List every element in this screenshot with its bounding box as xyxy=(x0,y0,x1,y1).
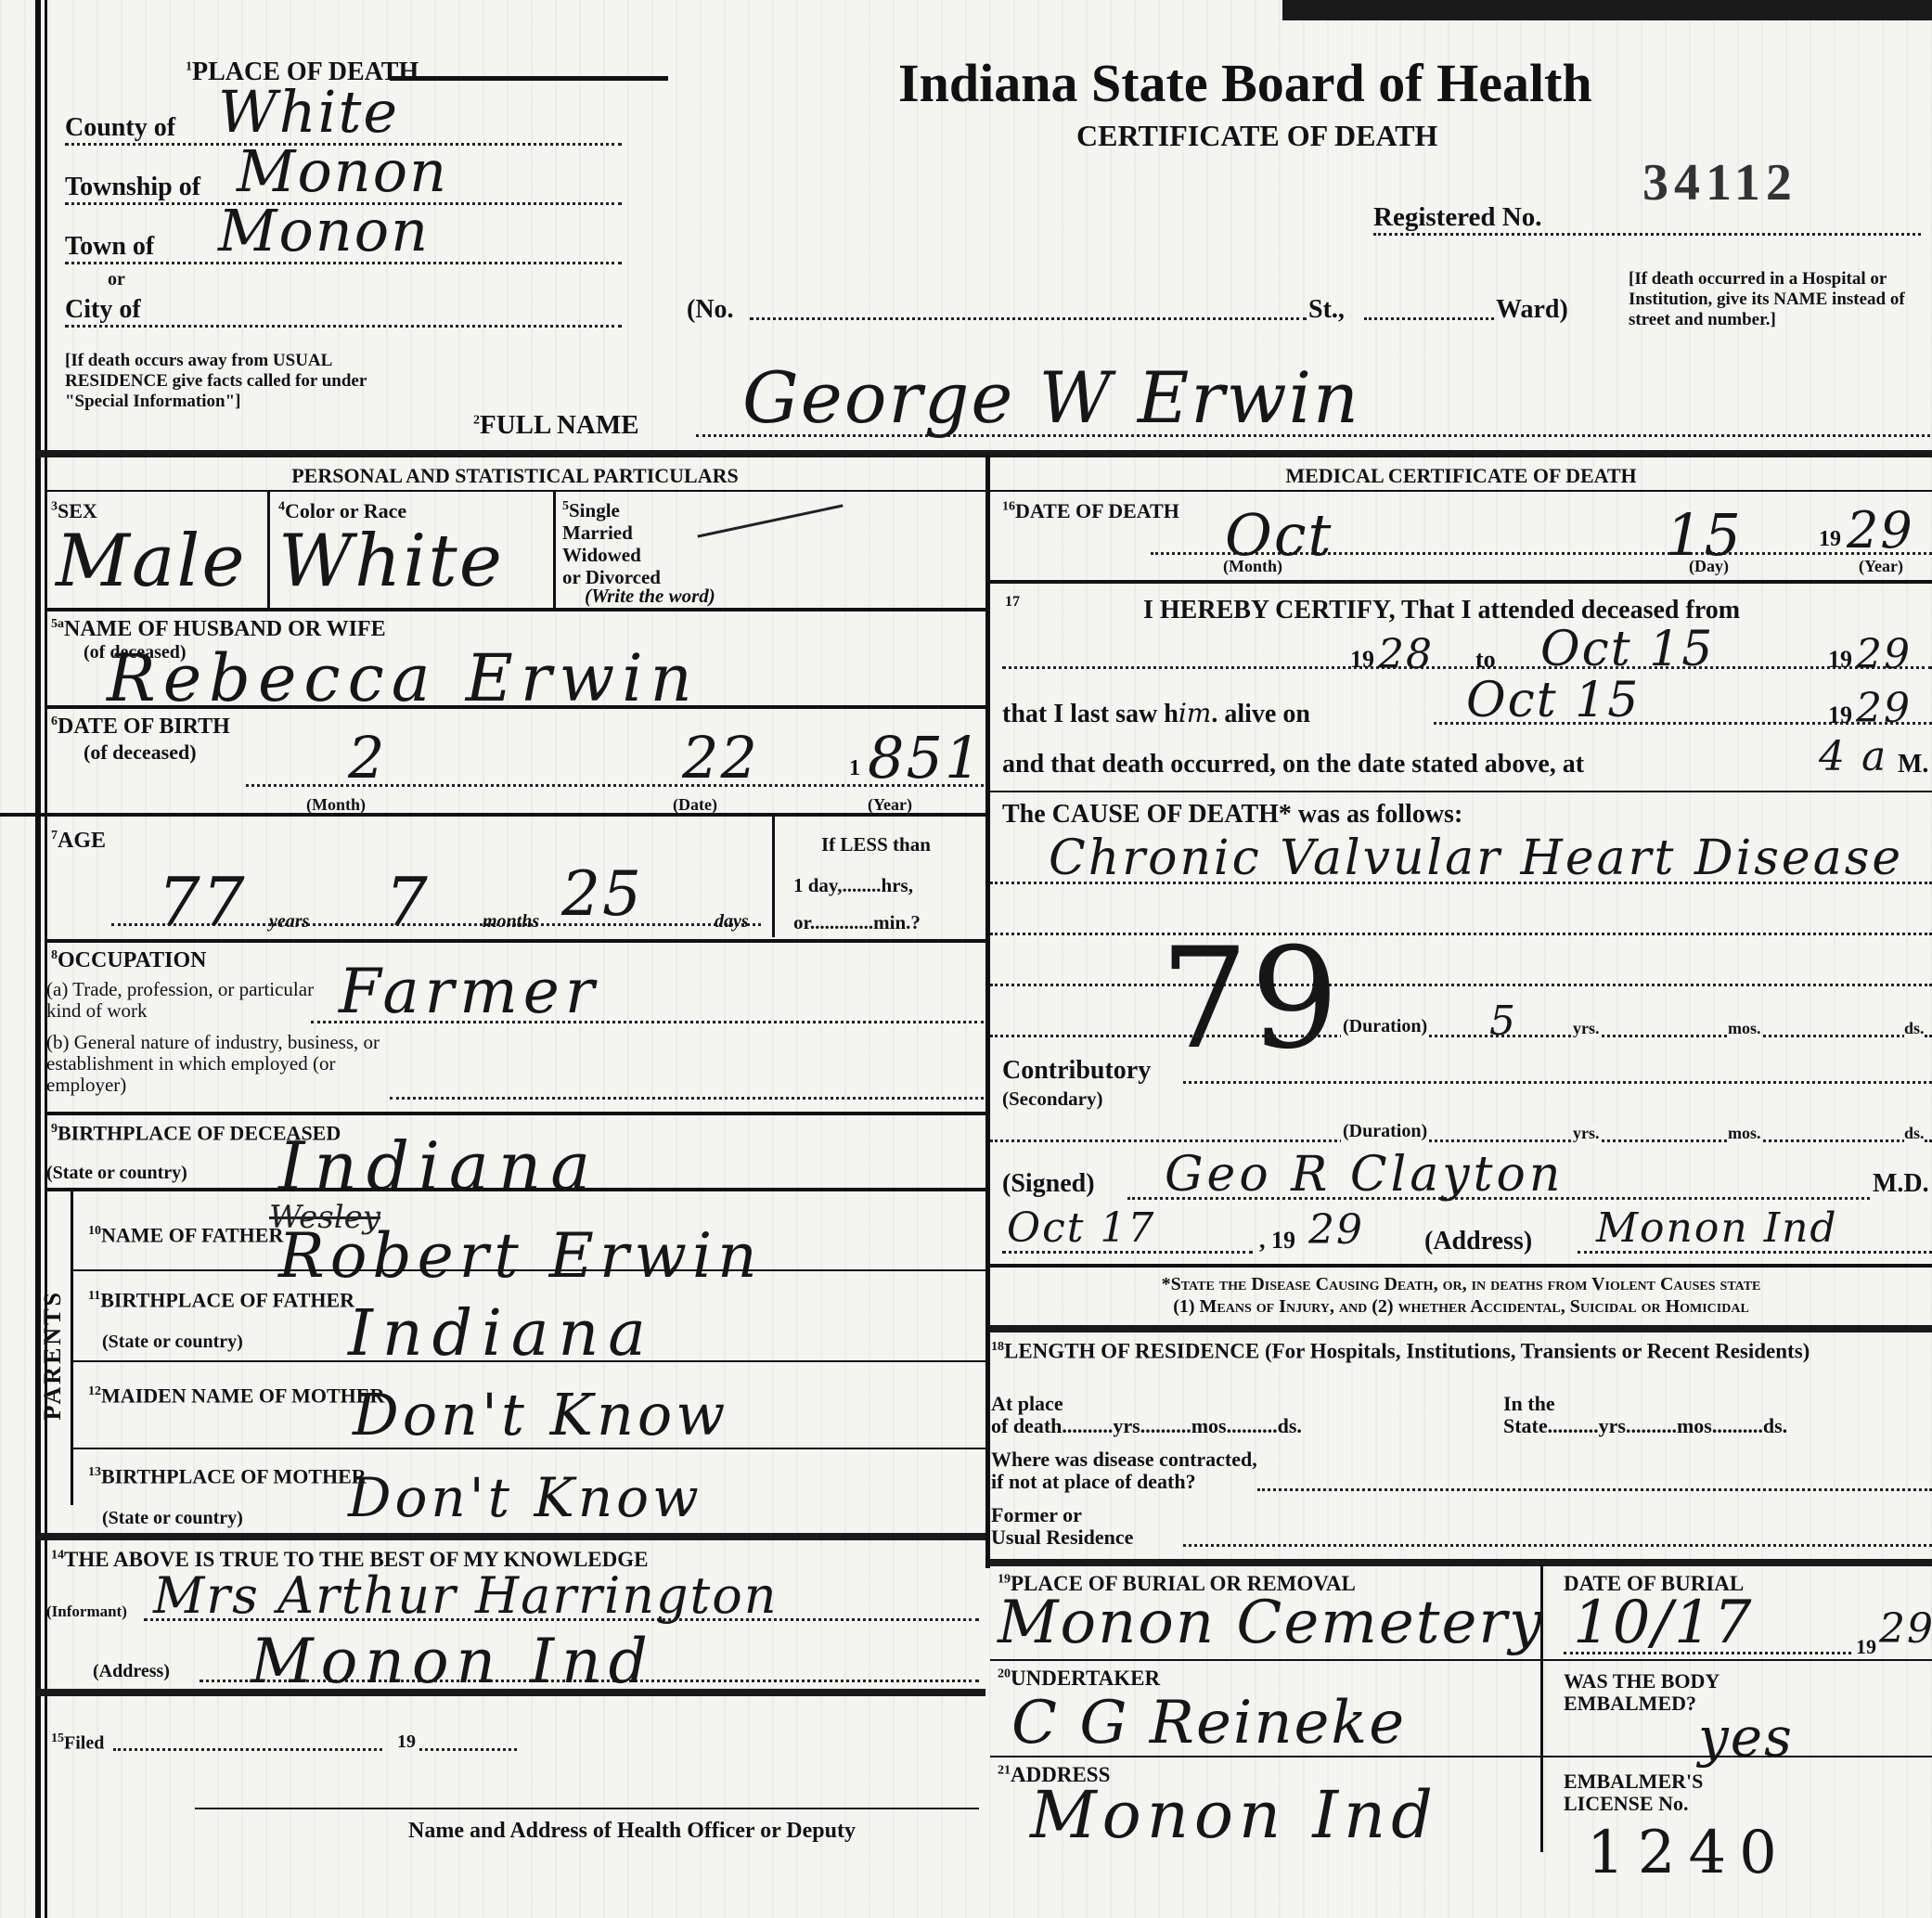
physician-address-value: Monon Ind xyxy=(1596,1204,1838,1252)
birthplace-sub: (State or country) xyxy=(46,1163,187,1184)
duration-label: (Duration) xyxy=(1341,1016,1429,1037)
undertaker-label: 20UNDERTAKER xyxy=(998,1667,1160,1691)
physician-address-label: (Address) xyxy=(1424,1227,1532,1256)
contracted-label-2: if not at place of death? xyxy=(991,1470,1196,1494)
rule xyxy=(71,1190,73,1505)
rule xyxy=(46,939,985,943)
rule xyxy=(553,492,556,608)
occupation-a-value: Farmer xyxy=(339,956,599,1027)
column-divider xyxy=(985,455,990,1568)
rule xyxy=(267,492,270,608)
contributory-line xyxy=(1183,1081,1932,1084)
contributory-mos-label: mos. xyxy=(1728,1124,1761,1143)
rule xyxy=(990,1559,1932,1566)
yrs-label: yrs. xyxy=(1573,1019,1600,1038)
spouse-label: 5aNAME OF HUSBAND OR WIFE xyxy=(51,617,386,642)
footnote-line-1: *State the Disease Causing Death, or, in… xyxy=(990,1273,1932,1295)
contributory-ds-label: ds. xyxy=(1904,1124,1925,1143)
years-caption: years xyxy=(269,911,309,933)
attended-to: Oct 15 xyxy=(1540,622,1714,677)
rule xyxy=(46,1112,985,1115)
contributory-label: Contributory xyxy=(1002,1056,1151,1086)
rule xyxy=(990,1325,1932,1332)
occupation-label: 8OCCUPATION xyxy=(51,948,206,973)
mother-birthplace-label: 13BIRTHPLACE OF MOTHER xyxy=(88,1461,311,1487)
attended-from-year: 28 xyxy=(1378,631,1434,678)
signed-value: Geo R Clayton xyxy=(1165,1147,1564,1203)
former-label-1: Former or xyxy=(991,1503,1082,1527)
months-caption: months xyxy=(483,911,539,933)
rule xyxy=(37,1533,985,1540)
rule xyxy=(990,1756,1932,1757)
father-birthplace-label: 11BIRTHPLACE OF FATHER xyxy=(88,1285,292,1311)
burial-place-value: Monon Cemetery xyxy=(998,1589,1544,1657)
dod-day-caption: (Day) xyxy=(1689,557,1729,576)
in-state-duration: State..........yrs..........mos.........… xyxy=(1503,1414,1787,1438)
personal-section-title: PERSONAL AND STATISTICAL PARTICULARS xyxy=(46,464,984,488)
rule xyxy=(772,817,775,937)
in-the-label: In the xyxy=(1503,1392,1555,1416)
signed-year-prefix: , 19 xyxy=(1259,1227,1295,1255)
township-value: Monon xyxy=(237,137,448,205)
last-saw-year-prefix: 19 xyxy=(1828,702,1852,729)
dod-year-prefix: 19 xyxy=(1819,527,1841,552)
rule xyxy=(46,705,985,709)
mother-birthplace-sub: (State or country) xyxy=(102,1508,243,1529)
document-subtitle: CERTIFICATE OF DEATH xyxy=(1076,119,1437,153)
cause-line-3 xyxy=(990,984,1932,986)
attended-from-prefix: 19 xyxy=(1350,646,1374,674)
filed-label: 15Filed xyxy=(51,1731,104,1755)
rule xyxy=(990,1264,1932,1268)
less-than-2: 1 day,........hrs, xyxy=(793,874,913,897)
father-name-value: Robert Erwin xyxy=(278,1220,763,1292)
age-days: 25 xyxy=(561,858,643,930)
st-label: St., xyxy=(1308,295,1345,325)
marital-hint: (Write the word) xyxy=(585,585,715,608)
dob-year-prefix: 1 xyxy=(849,756,860,781)
dob-date: 22 xyxy=(682,724,759,792)
rule xyxy=(990,791,1932,792)
marital-options: 5Single Married Widowed or Divorced xyxy=(562,496,661,588)
rule xyxy=(72,1360,985,1362)
occupation-a-label: (a) Trade, profession, or particular kin… xyxy=(46,979,325,1022)
cause-label: The CAUSE OF DEATH* was as follows: xyxy=(1002,800,1462,830)
duration-line xyxy=(990,1035,1932,1037)
header-divider xyxy=(37,450,1932,457)
cause-code-annotation: 79 xyxy=(1160,919,1341,1080)
undertaker-value: C G Reineke xyxy=(1011,1689,1406,1757)
birthplace-value: Indiana xyxy=(278,1127,599,1205)
town-value: Monon xyxy=(218,197,430,264)
rule xyxy=(990,1659,1932,1661)
rule xyxy=(72,1269,985,1271)
license-label: EMBALMER'S LICENSE No. xyxy=(1564,1770,1749,1815)
rule xyxy=(72,1448,985,1449)
former-label-2: Usual Residence xyxy=(991,1525,1133,1550)
heading-underline xyxy=(390,76,668,81)
or-label: or xyxy=(108,269,125,290)
informant-value: Mrs Arthur Harrington xyxy=(153,1566,779,1625)
cert-num: 17 xyxy=(1005,594,1020,611)
occupation-b-label: (b) General nature of industry, business… xyxy=(46,1032,399,1096)
dod-month-caption: (Month) xyxy=(1223,557,1282,576)
last-saw-text: that I last saw him. alive on xyxy=(1002,698,1310,729)
city-field: City of xyxy=(65,295,622,328)
document-title: Indiana State Board of Health xyxy=(898,52,1592,114)
embalmed-value: yes xyxy=(1698,1706,1794,1769)
dod-year-caption: (Year) xyxy=(1859,557,1903,576)
rule xyxy=(990,490,1932,492)
m-label: M. xyxy=(1898,750,1928,779)
filed-year-line xyxy=(419,1748,517,1751)
burial-date-value: 10/17 xyxy=(1573,1589,1753,1657)
footnote-line-2: (1) Means of Injury, and (2) whether Acc… xyxy=(990,1295,1932,1318)
mother-name-label: 12MAIDEN NAME OF MOTHER xyxy=(88,1381,311,1407)
contributory-yrs-label: yrs. xyxy=(1573,1124,1600,1143)
ward-label: Ward) xyxy=(1496,295,1568,325)
undertaker-address-value: Monon Ind xyxy=(1030,1777,1438,1853)
md-label: M.D. xyxy=(1873,1169,1929,1199)
former-residence-line xyxy=(1183,1544,1932,1547)
mos-label: mos. xyxy=(1728,1019,1761,1038)
burial-year-prefix: 19 xyxy=(1856,1635,1876,1659)
informant-label: (Informant) xyxy=(46,1603,127,1621)
to-label: to xyxy=(1475,646,1496,674)
full-name-label: 2FULL NAME xyxy=(473,410,639,441)
attended-to-year-prefix: 19 xyxy=(1828,646,1852,674)
race-value: White xyxy=(278,520,504,603)
days-caption: days xyxy=(715,911,749,933)
rule xyxy=(37,1689,985,1696)
ds-label: ds. xyxy=(1904,1019,1925,1038)
signed-label: (Signed) xyxy=(1002,1169,1095,1199)
filed-year-prefix: 19 xyxy=(397,1731,416,1753)
last-saw-date: Oct 15 xyxy=(1466,673,1640,728)
at-place-label: At place xyxy=(991,1392,1063,1416)
rule xyxy=(990,580,1932,584)
contributory-sub: (Secondary) xyxy=(1002,1088,1103,1111)
full-name-value: George W Erwin xyxy=(742,356,1360,439)
street-line xyxy=(750,317,1307,320)
less-than-1: If LESS than xyxy=(821,833,931,856)
contributory-duration-line xyxy=(990,1139,1932,1142)
mother-birthplace-value: Don't Know xyxy=(348,1466,702,1529)
age-months: 7 xyxy=(385,863,430,941)
birthplace-label: 9BIRTHPLACE OF DECEASED xyxy=(51,1118,264,1144)
father-birthplace-sub: (State or country) xyxy=(102,1332,243,1353)
less-than-3: or.............min.? xyxy=(793,911,921,934)
residence-label: 18LENGTH OF RESIDENCE (For Hospitals, In… xyxy=(991,1336,1919,1363)
health-officer-caption: Name and Address of Health Officer or De… xyxy=(408,1819,856,1844)
dob-label: 6DATE OF BIRTH xyxy=(51,714,230,740)
dob-date-caption: (Date) xyxy=(673,795,717,815)
left-border xyxy=(35,0,41,1918)
burial-year: 29 xyxy=(1879,1605,1932,1653)
dob-month: 2 xyxy=(348,724,386,792)
attended-to-year: 29 xyxy=(1856,631,1912,678)
occurred-time: 4 a xyxy=(1819,733,1887,780)
medical-section-title: MEDICAL CERTIFICATE OF DEATH xyxy=(990,464,1932,488)
ward-line xyxy=(1364,317,1494,320)
last-saw-year: 29 xyxy=(1856,685,1912,732)
dob-sub: (of deceased) xyxy=(84,740,197,765)
informant-address-label: (Address) xyxy=(93,1661,170,1682)
at-place-duration: of death..........yrs..........mos......… xyxy=(991,1414,1302,1438)
signed-year: 29 xyxy=(1308,1206,1364,1254)
duration-yrs: 5 xyxy=(1489,998,1517,1045)
rule xyxy=(46,1188,985,1191)
dob-year-caption: (Year) xyxy=(868,795,912,815)
age-label: 7AGE xyxy=(51,829,106,854)
dob-month-caption: (Month) xyxy=(306,795,366,815)
rule xyxy=(46,490,985,492)
rule xyxy=(46,608,985,611)
father-name-label: 10NAME OF FATHER xyxy=(88,1220,237,1246)
scan-edge xyxy=(1282,0,1932,20)
sex-value: Male xyxy=(56,520,246,603)
signed-date: Oct 17 xyxy=(1007,1204,1155,1252)
license-value: 1240 xyxy=(1587,1819,1790,1887)
hospital-note: [If death occurred in a Hospital or Inst… xyxy=(1629,269,1930,330)
informant-address-value: Monon Ind xyxy=(251,1626,655,1697)
occurred-text: and that death occurred, on the date sta… xyxy=(1002,750,1584,779)
county-value: White xyxy=(218,78,399,146)
mother-name-value: Don't Know xyxy=(353,1381,728,1448)
health-officer-line xyxy=(195,1808,979,1809)
occupation-b-line xyxy=(390,1097,984,1100)
street-no-label: (No. xyxy=(687,295,734,325)
dod-year: 29 xyxy=(1847,501,1914,560)
filed-line xyxy=(113,1748,382,1751)
parents-side-label: PARENTS xyxy=(39,1290,67,1420)
cause-value: Chronic Valvular Heart Disease xyxy=(1049,830,1903,886)
residence-note: [If death occurs away from USUAL RESIDEN… xyxy=(65,351,371,412)
attended-line xyxy=(1002,666,1932,669)
age-years: 77 xyxy=(158,863,247,941)
contracted-label-1: Where was disease contracted, xyxy=(991,1448,1257,1472)
cause-line-2 xyxy=(990,933,1932,935)
rule xyxy=(0,813,985,817)
contributory-duration-label: (Duration) xyxy=(1341,1121,1429,1142)
dod-label: 16DATE OF DEATH xyxy=(1002,499,1179,523)
registered-no-label: Registered No. xyxy=(1373,202,1921,236)
dob-year: 851 xyxy=(868,724,983,792)
left-border-inner xyxy=(45,0,47,1918)
contracted-line xyxy=(1257,1488,1932,1491)
footnote: *State the Disease Causing Death, or, in… xyxy=(990,1273,1932,1318)
